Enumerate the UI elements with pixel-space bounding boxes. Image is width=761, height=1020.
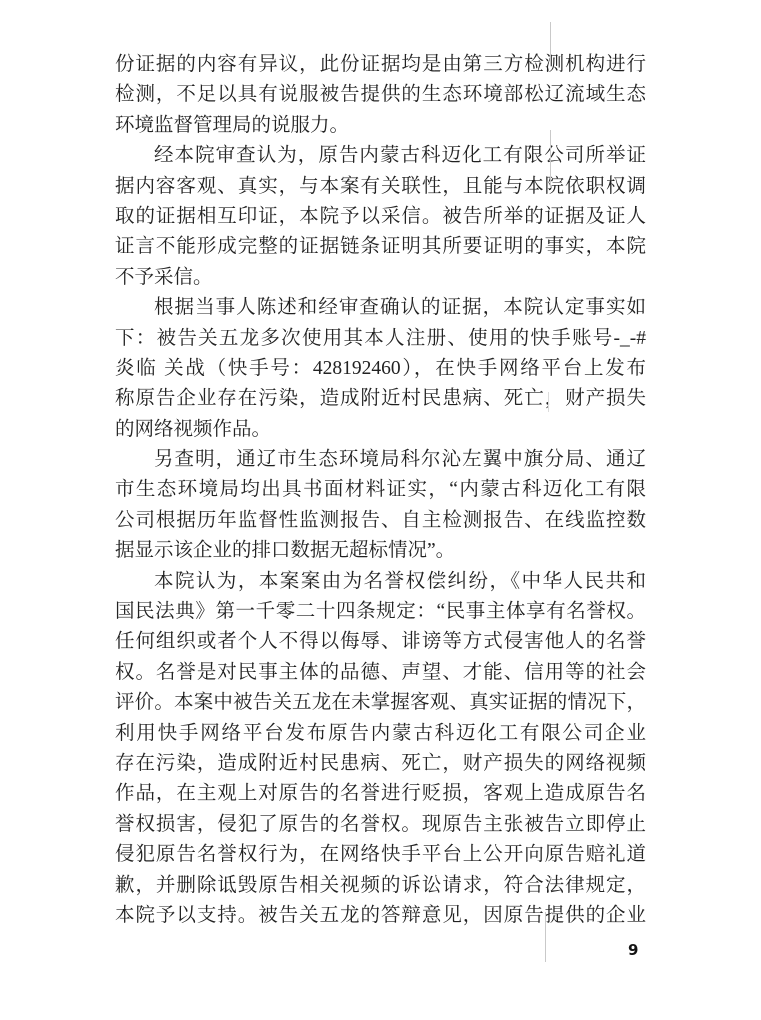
- text-line: 市生态环境局均出具书面材料证实，“内蒙古科迈化工有限: [115, 475, 646, 505]
- text-line: 公司根据历年监督性监测报告、自主检测报告、在线监控数: [115, 506, 646, 536]
- text-line: 评价。本案中被告关五龙在未掌握客观、真实证据的情况下，: [115, 688, 646, 718]
- text-line: 份证据的内容有异议，此份证据均是由第三方检测机构进行: [115, 50, 646, 80]
- text-line: 的网络视频作品。: [115, 415, 646, 445]
- text-line: 检测，不足以具有说服被告提供的生态环境部松辽流域生态: [115, 80, 646, 110]
- text-line: 存在污染，造成附近村民患病、死亡，财产损失的网络视频: [115, 749, 646, 779]
- text-line: 经本院审查认为，原告内蒙古科迈化工有限公司所举证: [115, 141, 646, 171]
- text-line: 侵犯原告名誉权行为，在网络快手平台上公开向原告赔礼道: [115, 840, 646, 870]
- text-line: 国民法典》第一千零二十四条规定：“民事主体享有名誉权。: [115, 597, 646, 627]
- text-line: 称原告企业存在污染，造成附近村民患病、死亡，财产损失: [115, 384, 646, 414]
- page-number: 9: [628, 941, 648, 959]
- text-line: 誉权损害，侵犯了原告的名誉权。现原告主张被告立即停止: [115, 810, 646, 840]
- text-line: 利用快手网络平台发布原告内蒙古科迈化工有限公司企业: [115, 719, 646, 749]
- text-line: 根据当事人陈述和经审查确认的证据，本院认定事实如: [115, 293, 646, 323]
- text-line: 歉，并删除诋毁原告相关视频的诉讼请求，符合法律规定，: [115, 871, 646, 901]
- scan-artifact-line: [550, 22, 551, 62]
- text-line: 炎临 关战（快手号：428192460），在快手网络平台上发布: [115, 354, 646, 384]
- text-line: 权。名誉是对民事主体的品德、声望、才能、信用等的社会: [115, 658, 646, 688]
- judgment-text-block: 份证据的内容有异议，此份证据均是由第三方检测机构进行 检测，不足以具有说服被告提…: [115, 50, 646, 931]
- text-line: 本院予以支持。被告关五龙的答辩意见，因原告提供的企业: [115, 901, 646, 931]
- document-page: 份证据的内容有异议，此份证据均是由第三方检测机构进行 检测，不足以具有说服被告提…: [0, 0, 761, 1020]
- text-line: 作品，在主观上对原告的名誉进行贬损，客观上造成原告名: [115, 779, 646, 809]
- text-line: 环境监督管理局的说服力。: [115, 111, 646, 141]
- text-line: 另查明，通辽市生态环境局科尔沁左翼中旗分局、通辽: [115, 445, 646, 475]
- text-line: 任何组织或者个人不得以侮辱、诽谤等方式侵害他人的名誉: [115, 627, 646, 657]
- text-line: 证言不能形成完整的证据链条证明其所要证明的事实，本院: [115, 232, 646, 262]
- text-line: 本院认为，本案案由为名誉权偿纠纷，《中华人民共和: [115, 567, 646, 597]
- text-line: 不予采信。: [115, 263, 646, 293]
- text-line: 下：被告关五龙多次使用其本人注册、使用的快手账号-_-#: [115, 324, 646, 354]
- scan-artifact-line: [548, 392, 549, 412]
- text-line: 取的证据相互印证，本院予以采信。被告所举的证据及证人: [115, 202, 646, 232]
- scan-artifact-line: [545, 912, 546, 962]
- text-line: 据显示该企业的排口数据无超标情况”。: [115, 536, 646, 566]
- text-line: 据内容客观、真实，与本案有关联性，且能与本院依职权调: [115, 172, 646, 202]
- scan-artifact-line: [550, 130, 551, 188]
